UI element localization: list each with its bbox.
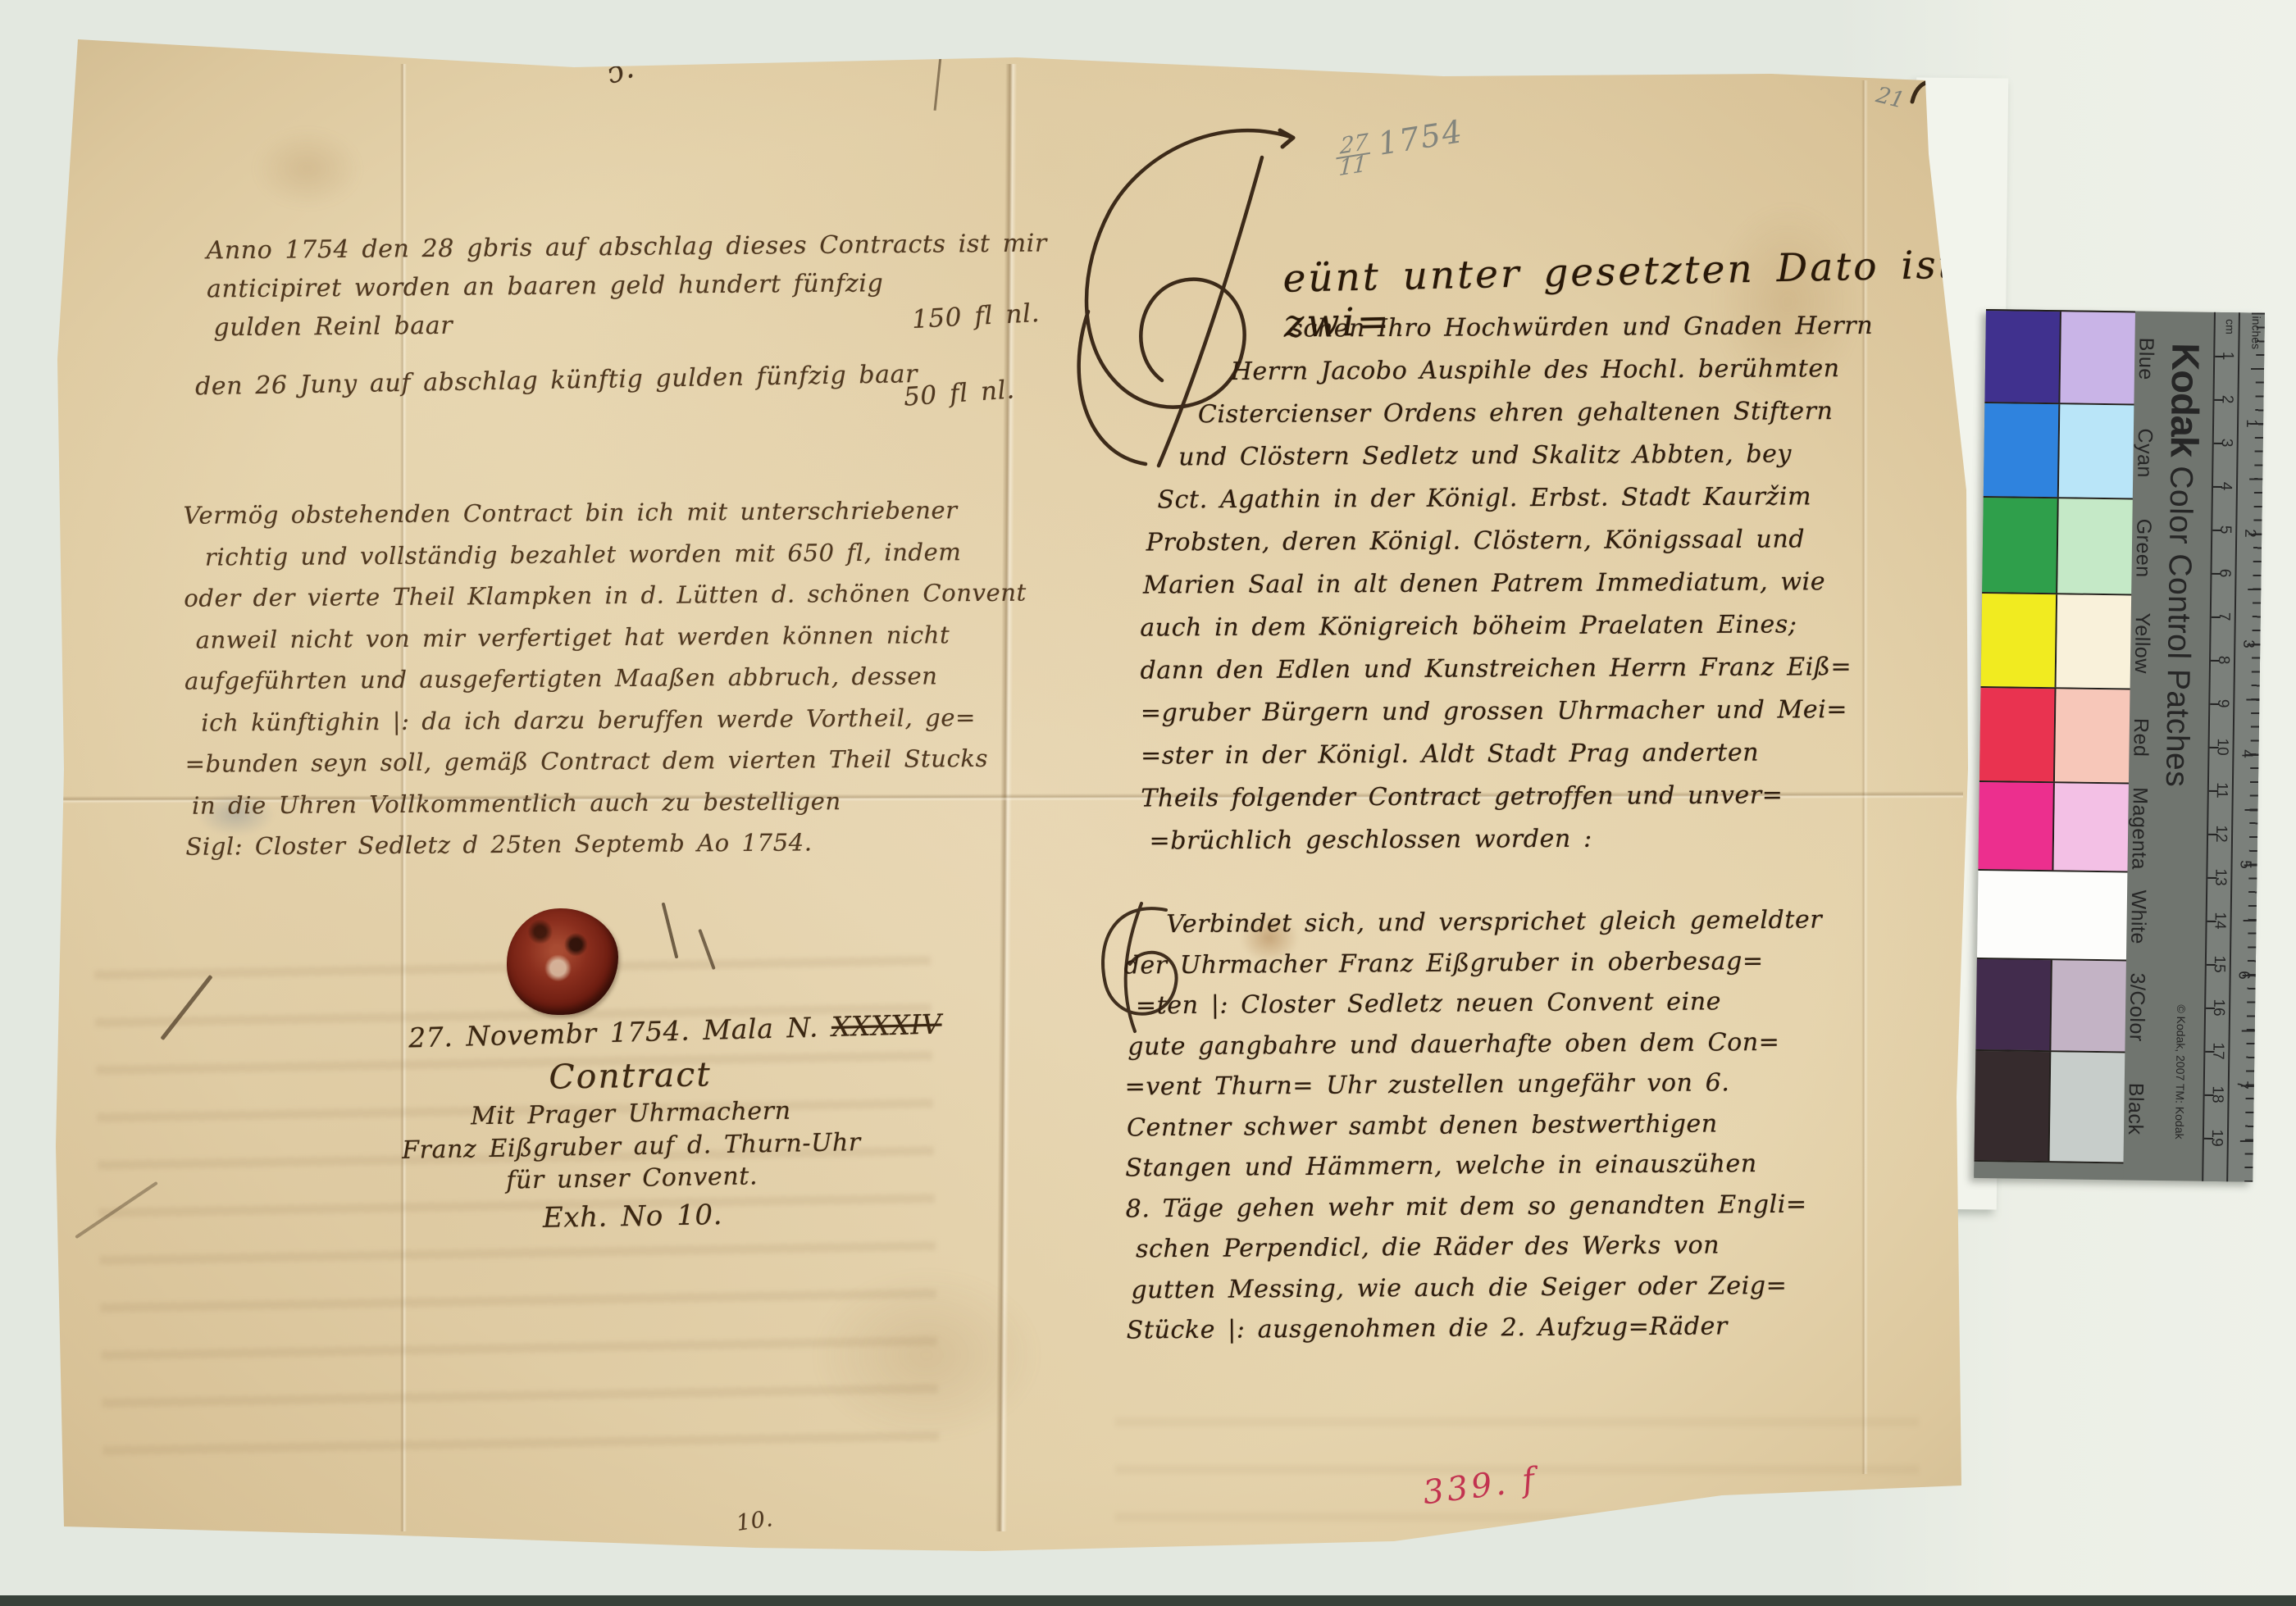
handwritten-line: 8. Täge gehen wehr mit dem so genandten … bbox=[1126, 1183, 1946, 1229]
kodak-swatch-left bbox=[1975, 1051, 2052, 1161]
cm-number: 5 bbox=[2216, 516, 2234, 544]
docket-title-block: ContractMit Prager UhrmachernFranz Eißgr… bbox=[343, 1049, 920, 1240]
pencil-date-fraction: 27 11 bbox=[1335, 132, 1372, 180]
receipt-paragraph: Vermög obstehenden Contract bin ich mit … bbox=[183, 489, 1071, 867]
handwritten-line: Sigl: Closter Sedletz d 25ten Septemb Ao… bbox=[185, 820, 1071, 867]
inch-number: 1 bbox=[2242, 409, 2260, 437]
cm-number: 17 bbox=[2208, 1037, 2226, 1065]
kodak-logo-text: Kodak bbox=[2163, 343, 2208, 457]
handwritten-line: =ster in der Königl. Aldt Stadt Prag and… bbox=[1141, 730, 1952, 777]
kodak-patch-row-green bbox=[1982, 498, 2133, 596]
ink-stroke-top-fold bbox=[934, 41, 944, 111]
handwritten-line: Centner schwer sambt denen bestwerthigen bbox=[1125, 1102, 1945, 1148]
kodak-swatch-left bbox=[1984, 311, 2061, 403]
kodak-swatch-left bbox=[1975, 959, 2052, 1050]
obligation-paragraph: Verbindet sich, und versprichet gleich g… bbox=[1123, 899, 1947, 1351]
handwritten-line: anweil nicht von mir verfertiget hat wer… bbox=[184, 613, 1069, 661]
kodak-brand-text: Kodak Color Control Patches bbox=[2154, 343, 2208, 999]
cm-number: 19 bbox=[2207, 1124, 2225, 1152]
kodak-patch-row-magenta bbox=[1978, 782, 2128, 873]
handwritten-line: Cistercienser Ordens ehren gehaltenen St… bbox=[1139, 389, 1951, 436]
kodak-patch-grid bbox=[1974, 309, 2135, 1180]
kodak-color-control-strip: Kodak Color Control Patches © Kodak, 200… bbox=[1974, 309, 2265, 1182]
kodak-patch-row-red bbox=[1979, 688, 2130, 785]
handwritten-line: Marien Saal in alt denen Patrem Immediat… bbox=[1140, 560, 1952, 607]
kodak-color-label: 3/Color bbox=[2124, 953, 2149, 1060]
kodak-patch-row-black bbox=[1974, 1051, 2125, 1164]
paper-stain bbox=[254, 130, 361, 207]
cm-number: 9 bbox=[2213, 689, 2231, 717]
handwritten-line: =gruber Bürgern und grossen Uhrmacher un… bbox=[1141, 688, 1952, 735]
handwritten-line: =vent Thurn= Uhr zustellen ungefähr von … bbox=[1124, 1062, 1944, 1108]
kodak-label-bar: Kodak Color Control Patches © Kodak, 200… bbox=[2123, 312, 2214, 1181]
kodak-patch-row-yellow bbox=[1981, 594, 2132, 690]
kodak-color-label: Blue bbox=[2133, 305, 2158, 412]
cm-number: 11 bbox=[2212, 776, 2230, 804]
kodak-swatch-left bbox=[1979, 688, 2057, 781]
cm-number: 16 bbox=[2209, 994, 2227, 1021]
cm-number: 4 bbox=[2216, 472, 2234, 500]
handwritten-line: Sct. Agathin in der Königl. Erbst. Stadt… bbox=[1139, 475, 1951, 521]
kodak-patch-row-3color bbox=[1975, 959, 2126, 1053]
inch-number: 2 bbox=[2240, 520, 2258, 548]
kodak-copyright-text: © Kodak, 2007 TM: Kodak bbox=[2173, 1004, 2188, 1144]
handwritten-line: schen Perpendicl, die Räder des Werks vo… bbox=[1126, 1224, 1946, 1270]
kodak-patch-row-cyan bbox=[1984, 403, 2134, 500]
handwritten-line: aufgeführten und ausgefertigten Maaßen a… bbox=[184, 654, 1070, 702]
inch-number: 6 bbox=[2234, 961, 2252, 989]
kodak-swatch-full bbox=[1977, 871, 2127, 960]
handwritten-line: =brüchlich geschlossen worden : bbox=[1141, 816, 1953, 862]
kodak-swatch-right bbox=[2053, 783, 2128, 871]
cm-number: 12 bbox=[2212, 820, 2230, 848]
cm-number: 1 bbox=[2218, 342, 2236, 370]
handwritten-line: gute gangbahre und dauerhafte oben dem C… bbox=[1124, 1021, 1944, 1067]
handwritten-line: Anno 1754 den 28 gbris auf abschlag dies… bbox=[206, 225, 1034, 271]
cm-number: 2 bbox=[2217, 385, 2235, 413]
handwritten-line: oder der vierte Theil Klampken in d. Lüt… bbox=[184, 571, 1069, 619]
second-payment-note: den 26 Juny auf abschlag künftig gulden … bbox=[195, 359, 982, 402]
handwritten-line: Probsten, deren Königl. Clöstern, Königs… bbox=[1140, 517, 1952, 564]
cm-number: 3 bbox=[2217, 429, 2235, 457]
kodak-color-label: Black bbox=[2122, 1055, 2148, 1162]
handwritten-line: =bunden seyn soll, gemäß Contract dem vi… bbox=[185, 737, 1071, 785]
cm-number: 18 bbox=[2207, 1081, 2225, 1108]
kodak-patch-row-blue bbox=[1984, 309, 2135, 406]
cm-number: 8 bbox=[2214, 646, 2232, 674]
handwritten-line: Theils folgender Contract getroffen und … bbox=[1141, 773, 1952, 820]
handwritten-line: auch in dem Königreich böheim Praelaten … bbox=[1140, 603, 1952, 649]
kodak-swatch-right bbox=[2049, 1052, 2125, 1162]
cm-number: 6 bbox=[2215, 559, 2233, 587]
docket-matricula-number: XXXXIV bbox=[831, 1008, 942, 1043]
ruler-inch-unit-label: inches bbox=[2249, 316, 2263, 349]
handwritten-line: in die Uhren Vollkommentlich auch zu bes… bbox=[185, 779, 1071, 826]
handwritten-line: Stücke |: ausgenohmen die 2. Aufzug=Räde… bbox=[1127, 1305, 1947, 1351]
inch-number: 5 bbox=[2235, 850, 2253, 878]
handwritten-line: Vermög obstehenden Contract bin ich mit … bbox=[183, 489, 1068, 536]
contract-preamble-paragraph: schen Ihro Hochwürden und Gnaden HerrnHe… bbox=[1138, 304, 1953, 862]
kodak-swatch-left bbox=[1982, 498, 2059, 593]
kodak-title-text: Color Control Patches bbox=[2159, 466, 2198, 788]
handwritten-line: gutten Messing, wie auch die Seiger oder… bbox=[1126, 1264, 1946, 1310]
kodak-swatch-left bbox=[1978, 782, 2054, 870]
inch-number: 7 bbox=[2233, 1071, 2251, 1099]
handwritten-line: der Uhrmacher Franz Eißgruber in oberbes… bbox=[1123, 939, 1943, 985]
kodak-swatch-right bbox=[2051, 960, 2126, 1051]
handwritten-line: Stangen und Hämmern, welche in einauszüh… bbox=[1125, 1143, 1945, 1189]
pencil-date-month: 11 bbox=[1335, 153, 1370, 179]
handwritten-line: =ten |: Closter Sedletz neuen Convent ei… bbox=[1124, 980, 1944, 1026]
kodak-swatch-left bbox=[1981, 594, 2058, 687]
inch-number: 3 bbox=[2239, 630, 2257, 657]
photo-edge-bar bbox=[0, 1595, 2296, 1606]
handwritten-line: Verbindet sich, und versprichet gleich g… bbox=[1123, 899, 1943, 945]
paper-stain bbox=[812, 1269, 1041, 1441]
pencil-folio-number: 21 bbox=[1874, 82, 1907, 113]
cm-number: 7 bbox=[2215, 603, 2233, 630]
parchment-document: ↄ. Anno 1754 den 28 gbris auf abschlag d… bbox=[49, 31, 1972, 1568]
kodak-swatch-right bbox=[2059, 404, 2134, 498]
handwritten-line: richtig und vollständig bezahlet worden … bbox=[184, 530, 1069, 578]
kodak-color-labels: BlueCyanGreenYellowRedMagentaWhite3/Colo… bbox=[2135, 312, 2214, 312]
cm-number: 14 bbox=[2210, 907, 2228, 935]
ink-flourish-mark: ↄ. bbox=[602, 51, 638, 91]
kodak-color-label: Yellow bbox=[2129, 589, 2154, 696]
handwritten-line: ich künftighin |: da ich darzu beruffen … bbox=[184, 696, 1070, 744]
kodak-swatch-left bbox=[1984, 403, 2061, 497]
cm-number: 15 bbox=[2210, 950, 2228, 978]
kodak-swatch-right bbox=[2057, 594, 2132, 688]
handwritten-line: und Clöstern Sedletz und Skalitz Abbten,… bbox=[1139, 432, 1951, 479]
pencil-date-year: 1754 bbox=[1375, 113, 1465, 162]
cm-number: 13 bbox=[2211, 863, 2229, 891]
kodak-swatch-right bbox=[2060, 312, 2135, 403]
inch-number: 4 bbox=[2237, 740, 2255, 768]
kodak-patch-row-white bbox=[1977, 871, 2127, 962]
kodak-color-label: Cyan bbox=[2132, 399, 2157, 506]
advance-payment-note: Anno 1754 den 28 gbris auf abschlag dies… bbox=[206, 225, 1035, 348]
kodak-swatch-right bbox=[2055, 689, 2130, 782]
pencil-date-annotation: 27 11 1754 bbox=[1332, 113, 1468, 179]
handwritten-line: schen Ihro Hochwürden und Gnaden Herrn bbox=[1138, 304, 1950, 351]
kodak-swatch-right bbox=[2057, 498, 2133, 594]
bottom-sheet-number: 10. bbox=[735, 1506, 775, 1536]
ruler-cm-unit-label: cm bbox=[2224, 319, 2237, 334]
kodak-color-label: Green bbox=[2130, 494, 2156, 601]
handwritten-line: dann den Edlen und Kunstreichen Herrn Fr… bbox=[1140, 645, 1952, 692]
cm-number: 10 bbox=[2212, 733, 2230, 761]
handwritten-line: Herrn Jacobo Auspihle des Hochl. berühmt… bbox=[1139, 347, 1951, 394]
